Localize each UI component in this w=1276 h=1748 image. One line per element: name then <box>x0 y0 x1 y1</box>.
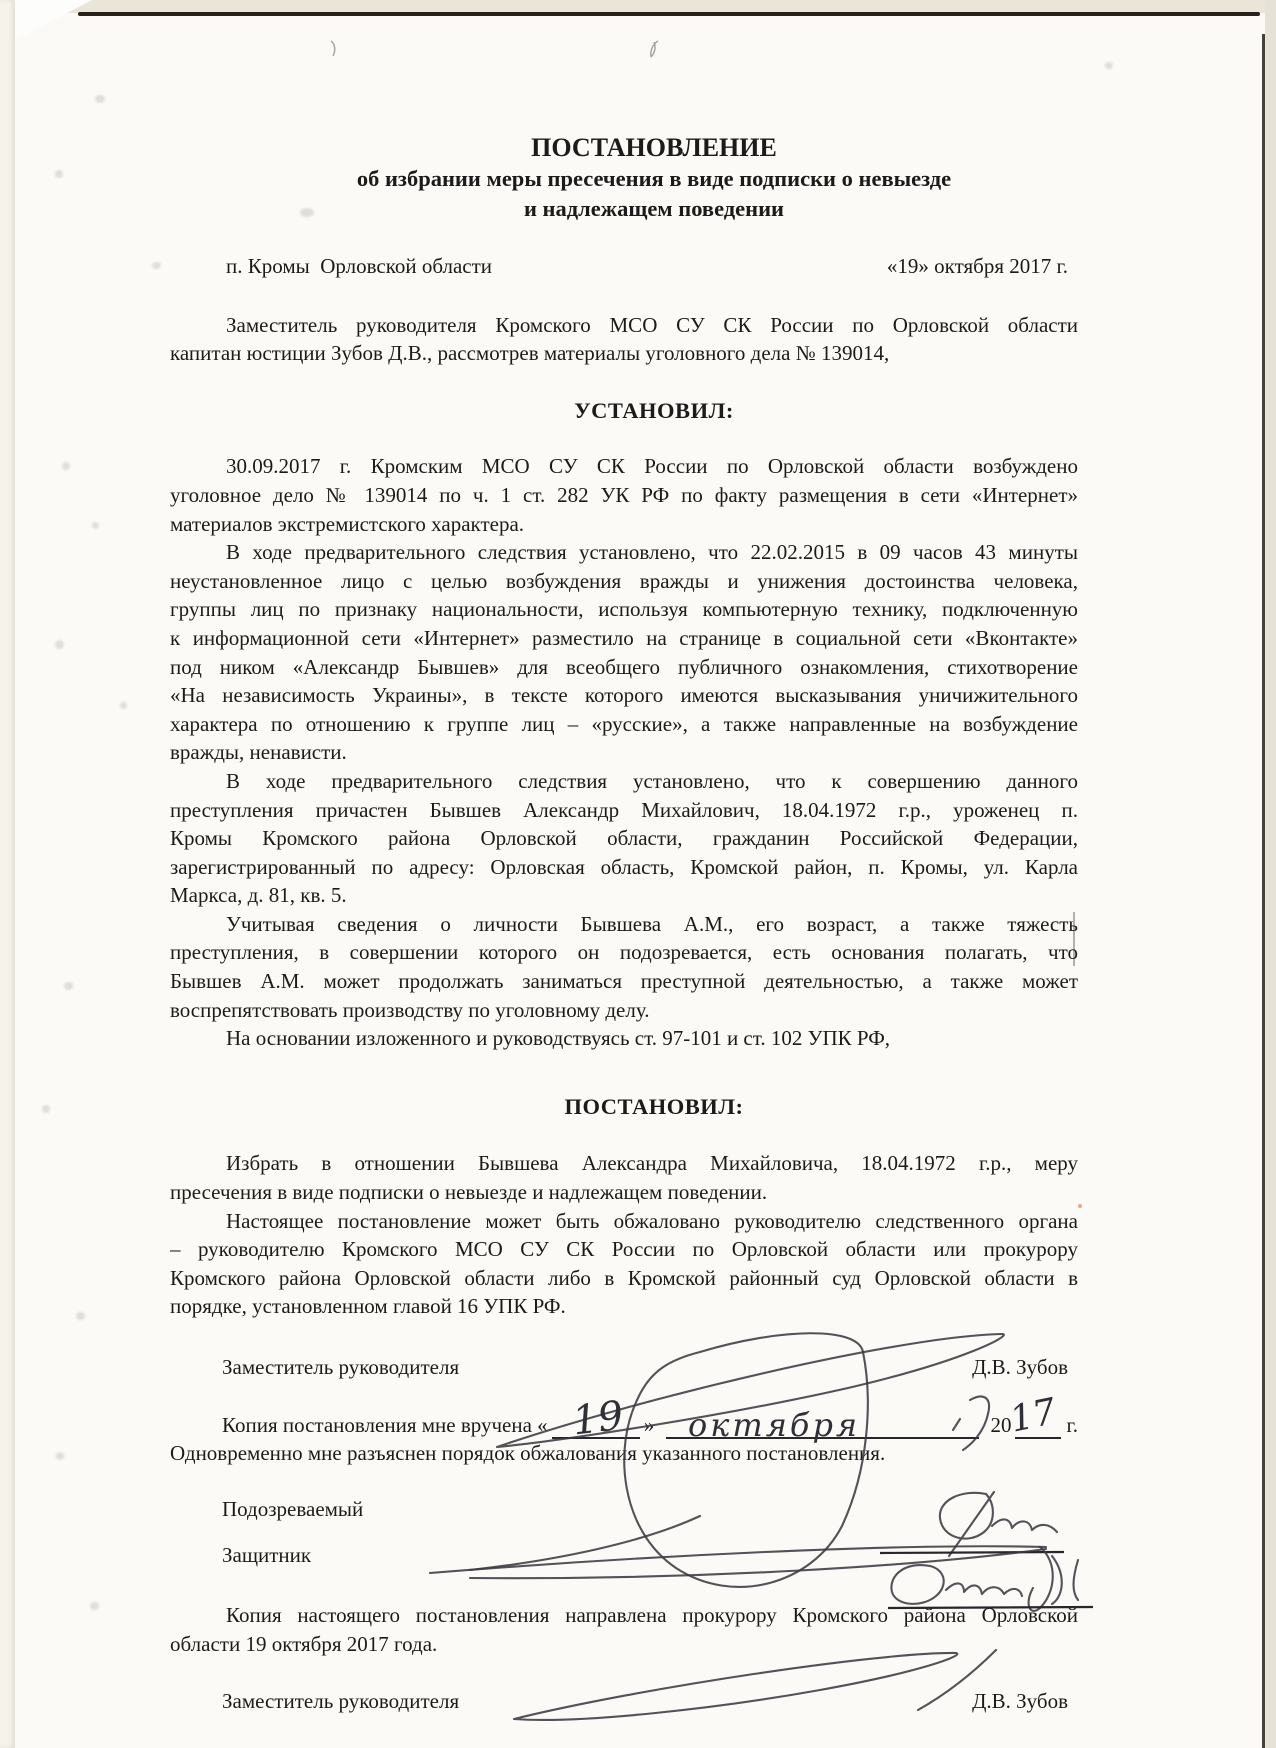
receipt-line: Копия постановления мне вручена « » 20 г… <box>170 1411 1078 1440</box>
text-line: порядке, установленном главой 16 УПК РФ. <box>170 1292 1078 1321</box>
signer-name: Д.В. Зубов <box>972 1353 1078 1382</box>
defender-label: Защитник <box>170 1541 311 1570</box>
text-line: вражды, ненависти. <box>170 738 1078 767</box>
scan-speck <box>42 1105 50 1113</box>
text-line: Заместитель руководителя Кромского МСО С… <box>170 311 1078 340</box>
copy-note-paragraph: Копия настоящего постановления направлен… <box>170 1601 1078 1658</box>
text-line: неустановленное лицо с целью возбуждения… <box>170 567 1078 596</box>
text-line: под ником «Александр Бывшев» для всеобще… <box>170 653 1078 682</box>
day-blank <box>552 1432 640 1439</box>
clarification-line: Одновременно мне разъяснен порядок обжал… <box>170 1439 1078 1468</box>
page-fold-line <box>1262 34 1265 1748</box>
document-content: ПОСТАНОВЛЕНИЕ об избрании меры пресечени… <box>170 0 1078 1716</box>
scan-speck <box>64 982 73 990</box>
heading-postanovil: ПОСТАНОВИЛ: <box>200 1093 1108 1122</box>
text-line: материалов экстремистского характера. <box>170 510 1078 539</box>
scan-speck <box>120 702 127 709</box>
text-line: преступления, в совершении которого он п… <box>170 938 1078 967</box>
scan-speck <box>95 95 105 103</box>
scan-speck <box>55 170 63 178</box>
year-prefix: 20 <box>991 1411 1012 1440</box>
scan-speck <box>55 640 64 649</box>
suspect-label: Подозреваемый <box>170 1495 363 1524</box>
text-line: Копия настоящего постановления направлен… <box>170 1601 1078 1630</box>
text-line: Настоящее постановление может быть обжал… <box>170 1207 1078 1236</box>
text-line: Бывшев А.М. может продолжать заниматься … <box>170 967 1078 996</box>
text-line: группы лиц по признаку национальности, и… <box>170 595 1078 624</box>
signer-name: Д.В. Зубов <box>972 1687 1078 1716</box>
text-line: Маркса, д. 81, кв. 5. <box>170 881 1078 910</box>
year-blank <box>1015 1432 1061 1439</box>
defender-row: Защитник <box>170 1541 1078 1570</box>
text-line: капитан юстиции Зубов Д.В., рассмотрев м… <box>170 339 1078 368</box>
ink-dot <box>1078 1204 1082 1208</box>
place-date-row: п. Кромы Орловской области «19» октября … <box>170 252 1078 281</box>
text-line: «На независимость Украины», в тексте кот… <box>170 681 1078 710</box>
text-line: Кромского района Орловской области либо … <box>170 1264 1078 1293</box>
text-line: Кромы Кромского района Орловской области… <box>170 824 1078 853</box>
scan-speck <box>152 262 161 269</box>
text-line: воспрепятствовать производству по уголов… <box>170 996 1078 1025</box>
text-line: зарегистрированный по адресу: Орловская … <box>170 853 1078 882</box>
section-postanovil: Избрать в отношении Бывшева Александра М… <box>170 1149 1078 1321</box>
receipt-close-quote: » <box>644 1411 655 1440</box>
text-line: уголовное дело № 139014 по ч. 1 ст. 282 … <box>170 481 1078 510</box>
section-ustanovil: 30.09.2017 г. Кромским МСО СУ СК России … <box>170 452 1078 1052</box>
scanned-page: ПОСТАНОВЛЕНИЕ об избрании меры пресечени… <box>0 0 1276 1748</box>
text-line: области 19 октября 2017 года. <box>170 1630 1078 1659</box>
scan-left-edge <box>0 0 15 1748</box>
text-line: – руководителю Кромского МСО СУ СК Росси… <box>170 1235 1078 1264</box>
heading-ustanovil: УСТАНОВИЛ: <box>200 397 1108 426</box>
text-line: характера по отношению к группе лиц – «р… <box>170 710 1078 739</box>
text-line: На основании изложенного и руководствуяс… <box>170 1024 1078 1053</box>
document-title: ПОСТАНОВЛЕНИЕ <box>200 131 1108 164</box>
text-line: преступления причастен Бывшев Александр … <box>170 796 1078 825</box>
scan-speck <box>76 1312 85 1320</box>
signer-title: Заместитель руководителя <box>170 1353 459 1382</box>
signoff-row-1: Заместитель руководителя Д.В. Зубов <box>170 1353 1078 1382</box>
text-line: В ходе предварительного следствия устано… <box>170 767 1078 796</box>
intro-paragraph: Заместитель руководителя Кромского МСО С… <box>170 311 1078 368</box>
issue-date: «19» октября 2017 г. <box>887 252 1078 281</box>
text-line: к информационной сети «Интернет» размест… <box>170 624 1078 653</box>
text-line: В ходе предварительного следствия устано… <box>170 538 1078 567</box>
signer-title: Заместитель руководителя <box>170 1687 459 1716</box>
scan-speck <box>62 462 70 470</box>
signoff-row-2: Заместитель руководителя Д.В. Зубов <box>170 1687 1078 1716</box>
scan-speck <box>1105 62 1113 69</box>
month-blank <box>666 1432 978 1439</box>
year-unit: г. <box>1067 1411 1079 1440</box>
scan-speck <box>92 522 99 529</box>
receipt-prefix: Копия постановления мне вручена « <box>222 1411 548 1440</box>
suspect-row: Подозреваемый <box>170 1495 1078 1524</box>
text-line: Учитывая сведения о личности Бывшева А.М… <box>170 910 1078 939</box>
scan-right-edge <box>1265 0 1276 1748</box>
text-line: 30.09.2017 г. Кромским МСО СУ СК России … <box>170 452 1078 481</box>
scan-speck <box>90 1602 99 1610</box>
text-line: Избрать в отношении Бывшева Александра М… <box>170 1149 1078 1178</box>
issue-place: п. Кромы Орловской области <box>170 252 492 281</box>
scan-speck <box>56 1452 64 1460</box>
document-subtitle-line1: об избрании меры пресечения в виде подпи… <box>200 164 1108 194</box>
document-subtitle-line2: и надлежащем поведении <box>200 194 1108 224</box>
text-line: пресечения в виде подписки о невыезде и … <box>170 1178 1078 1207</box>
